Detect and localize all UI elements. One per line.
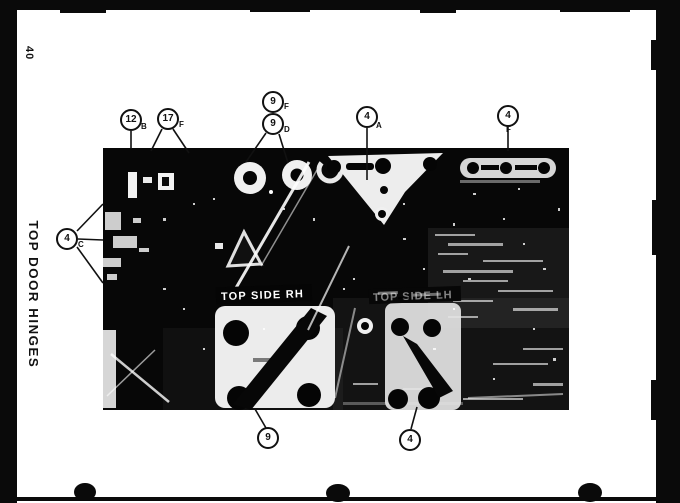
callout-17-letter: F (179, 121, 184, 129)
scan-artifact (651, 380, 656, 420)
callout-17: 17 (157, 108, 179, 130)
callout-4c-letter: C (78, 241, 84, 249)
callout-12: 12 (120, 109, 142, 131)
callout-12-number: 12 (125, 115, 136, 125)
callout-9d: 9 (262, 113, 284, 135)
registration-dot (74, 483, 96, 501)
label-top-side-lh: TOP SIDE LH (369, 286, 461, 304)
scan-border-left (0, 0, 17, 503)
scan-artifact (651, 40, 656, 70)
callout-4f-number: 4 (505, 111, 511, 121)
callout-12-letter: B (141, 123, 147, 131)
callout-17-number: 17 (162, 114, 173, 124)
callout-4c: 4 (56, 228, 78, 250)
hinge-parts-photo-art: TOP SIDE RH TOP SIDE LH (103, 148, 569, 410)
callout-4-bottom-number: 4 (407, 435, 413, 445)
callout-4a-number: 4 (364, 112, 370, 122)
hinge-parts-photo: TOP SIDE RH TOP SIDE LH (103, 148, 569, 410)
callout-4c-number: 4 (64, 234, 70, 244)
scan-artifact (560, 10, 630, 12)
plate-rh (215, 306, 335, 410)
registration-dot (578, 483, 602, 502)
callout-9d-number: 9 (270, 119, 276, 129)
scan-artifact (60, 10, 106, 13)
scan-artifact (652, 200, 656, 255)
scan-artifact (250, 10, 310, 12)
callout-4f-letter: F (506, 126, 511, 134)
callout-9f-number: 9 (270, 97, 276, 107)
label-top-side-rh: TOP SIDE RH (216, 284, 313, 304)
callout-9f-letter: F (284, 103, 289, 111)
callout-4a: 4 (356, 106, 378, 128)
callout-9d-letter: D (284, 126, 290, 134)
callout-9f: 9 (262, 91, 284, 113)
page-title: TOP DOOR HINGES (26, 221, 41, 369)
callout-4a-letter: A (376, 122, 382, 130)
registration-dot (326, 484, 350, 502)
scan-border-right (656, 0, 680, 503)
page-number: 40 (23, 46, 35, 60)
callout-9-bottom: 9 (257, 427, 279, 449)
callout-4-bottom: 4 (399, 429, 421, 451)
scan-border-top (0, 0, 680, 10)
callout-4f: 4 (497, 105, 519, 127)
scan-artifact (420, 10, 456, 13)
callout-9-bottom-number: 9 (265, 433, 271, 443)
